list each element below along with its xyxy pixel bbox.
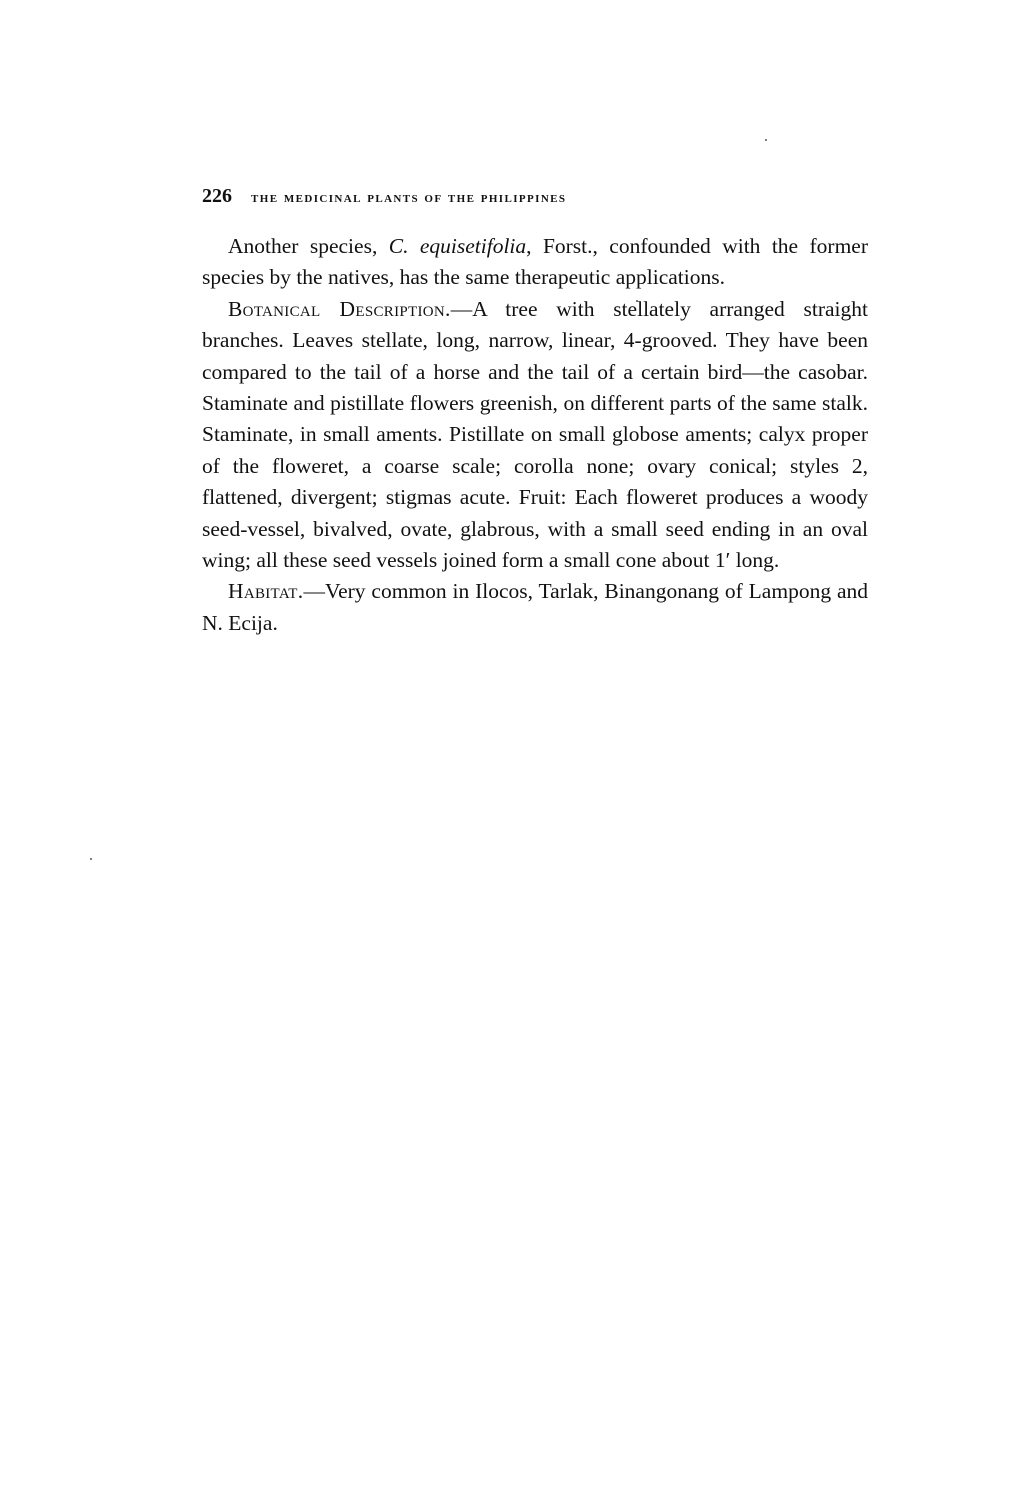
running-title: THE MEDICINAL PLANTS OF THE PHILIPPINES: [251, 189, 566, 206]
book-page: 226 THE MEDICINAL PLANTS OF THE PHILIPPI…: [0, 0, 1010, 1506]
scan-speck: [90, 858, 92, 860]
intro-text-before: Another species,: [228, 234, 389, 258]
running-head: 226 THE MEDICINAL PLANTS OF THE PHILIPPI…: [202, 184, 802, 210]
botanical-description-text: —A tree with stellately arranged straigh…: [202, 297, 868, 572]
page-number: 226: [202, 185, 232, 207]
scan-speck: [765, 139, 767, 141]
botanical-description-paragraph: Botanical Description.—A tree with stell…: [202, 294, 868, 577]
section-heading-habitat: Habitat.: [228, 579, 303, 603]
section-heading-botanical: Botanical Description.: [228, 297, 451, 321]
species-name: C. equisetifolia: [389, 234, 526, 258]
scan-speck: [636, 300, 638, 302]
intro-paragraph: Another species, C. equisetifolia, Forst…: [202, 231, 868, 294]
habitat-paragraph: Habitat.—Very common in Ilocos, Tarlak, …: [202, 576, 868, 639]
body-text: Another species, C. equisetifolia, Forst…: [202, 231, 868, 639]
